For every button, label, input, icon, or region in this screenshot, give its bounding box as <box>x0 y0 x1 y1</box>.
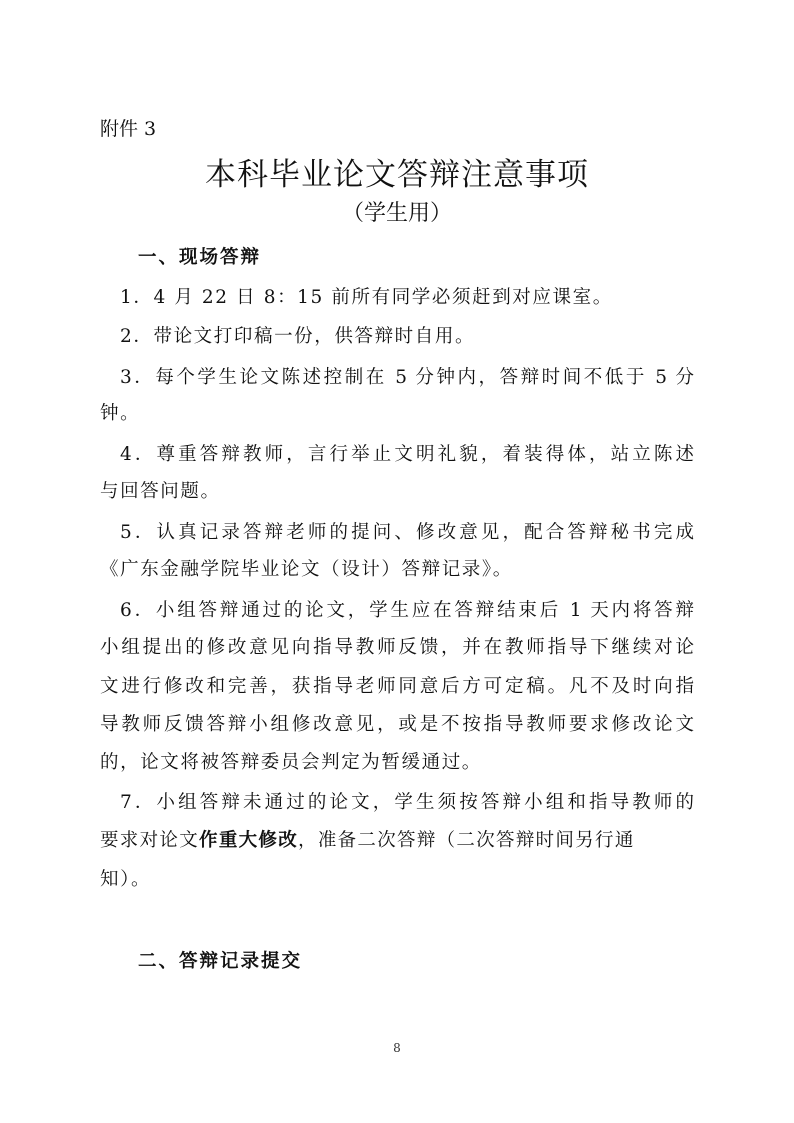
item-4-line-1: 4．尊重答辩教师，言行举止文明礼貌，着装得体，站立陈述 <box>120 443 694 467</box>
document-subtitle: （学生用） <box>0 199 794 229</box>
item-7-line-1: 7．小组答辩未通过的论文，学生须按答辩小组和指导教师的 <box>120 791 694 815</box>
item-5-line-2: 《广东金融学院毕业论文（设计）答辩记录》。 <box>100 558 513 582</box>
document-title: 本科毕业论文答辩注意事项 <box>0 155 794 195</box>
item-7-line-3: 知）。 <box>100 868 151 892</box>
item-3-line-1: 3．每个学生论文陈述控制在 5 分钟内，答辩时间不低于 5 分 <box>120 366 694 390</box>
item-6-line-1: 6．小组答辩通过的论文，学生应在答辩结束后 1 天内将答辩 <box>120 599 694 623</box>
section-heading-onsite-defense: 一、现场答辩 <box>138 246 261 270</box>
item-7-emphasis: 作重大修改 <box>199 830 298 851</box>
item-2-line-1: 2．带论文打印稿一份，供答辩时自用。 <box>120 325 475 349</box>
item-7-line-2-rest: ，准备二次答辩（二次答辩时间另行通 <box>298 830 635 851</box>
item-6-line-5: 的，论文将被答辩委员会判定为暂缓通过。 <box>100 751 482 775</box>
section-heading-record-submission: 二、答辩记录提交 <box>138 950 302 974</box>
item-6-line-4: 导教师反馈答辩小组修改意见，或是不按指导教师要求修改论文 <box>100 713 694 737</box>
item-6-line-3: 文进行修改和完善，获指导老师同意后方可定稿。凡不及时向指 <box>100 675 694 699</box>
item-3-line-2: 钟。 <box>100 402 140 426</box>
item-4-line-2: 与回答问题。 <box>100 480 221 504</box>
item-5-line-1: 5．认真记录答辩老师的提问、修改意见，配合答辩秘书完成 <box>120 521 694 545</box>
item-1-line-1: 1．4 月 22 日 8：15 前所有同学必须赶到对应课室。 <box>120 286 613 310</box>
item-7-line-2: 要求对论文作重大修改，准备二次答辩（二次答辩时间另行通 <box>100 829 635 853</box>
item-7-line-2-start: 要求对论文 <box>100 830 199 851</box>
page-number: 8 <box>0 1041 794 1055</box>
item-6-line-2: 小组提出的修改意见向指导教师反馈，并在教师指导下继续对论 <box>100 636 694 660</box>
attachment-label: 附件 3 <box>100 117 156 141</box>
